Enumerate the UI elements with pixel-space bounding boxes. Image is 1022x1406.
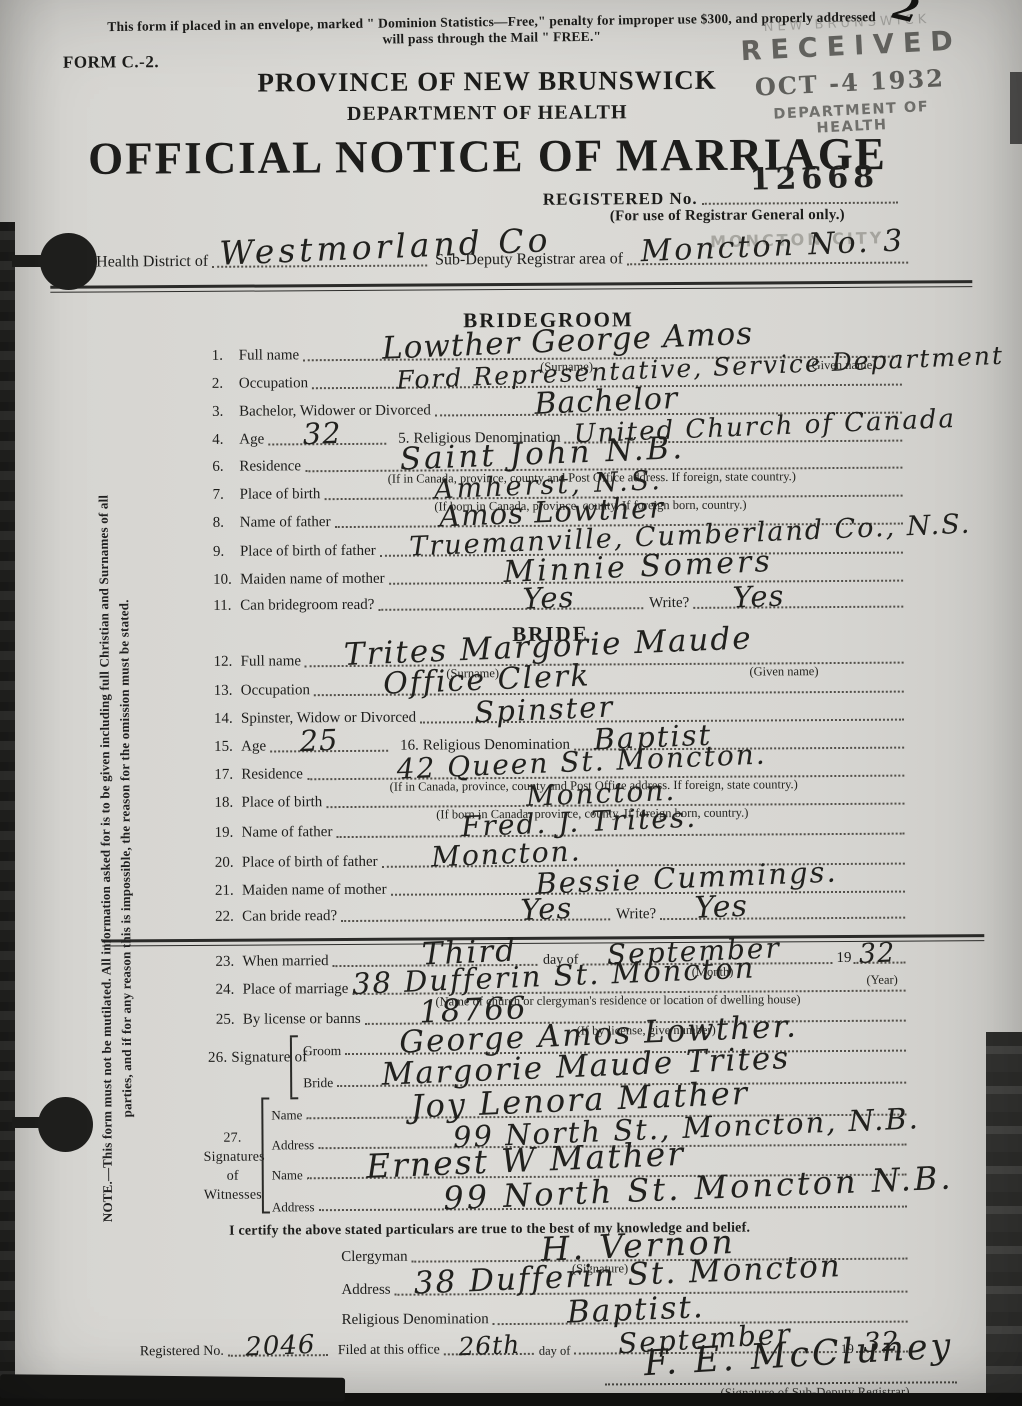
row-number: 18.	[214, 796, 241, 811]
dotted-line: 99 North St. Moncton N.B.	[319, 1206, 907, 1212]
registered-value: 2046	[245, 1332, 316, 1361]
row-label: Name of father	[242, 825, 337, 841]
row-number: 15.	[214, 740, 241, 755]
side-note: NOTE.—This form must not be mutilated. A…	[93, 474, 138, 1242]
health-district-line: Westmorland Co	[212, 265, 427, 268]
filed-day: 26th	[458, 1332, 521, 1360]
dotted-line: 32 (Year)	[853, 962, 905, 964]
sub-deputy-value: Moncton No. 3	[640, 226, 906, 267]
row-number: 21.	[215, 884, 242, 899]
row-label: By license or banns	[243, 1012, 365, 1028]
handwritten-value: 32	[302, 419, 342, 450]
row-number: 19.	[215, 826, 242, 841]
dotted-line: 32	[268, 443, 386, 446]
row-number: 14.	[214, 712, 241, 727]
dotted-line: 2046	[228, 1354, 328, 1357]
scan-right-edge-upper	[1010, 72, 1022, 144]
registered-no-line	[702, 202, 898, 205]
row-label: Place of birth	[241, 795, 326, 811]
row-label: Name of father	[240, 515, 335, 531]
write-label: Write?	[645, 596, 693, 611]
row-bg-read-write: 11. Can bridegroom read? Yes Write? Yes	[213, 592, 905, 614]
witnesses-label-line3: Witnesses	[204, 1186, 262, 1205]
address-label: Address	[272, 1138, 319, 1151]
filed-label: Filed at this office	[330, 1343, 444, 1358]
address-label: Address	[272, 1200, 319, 1213]
row-witness2-address: Address 99 North St. Moncton N.B.	[272, 1192, 909, 1214]
dotted-line: Yes	[660, 917, 905, 920]
dotted-line: Yes	[341, 918, 610, 922]
row-number: 7.	[213, 488, 240, 503]
row-label: Residence	[241, 767, 307, 782]
row-number: 6.	[212, 460, 239, 475]
row-number: 4.	[212, 433, 239, 448]
signature-brace	[290, 1037, 301, 1097]
dotted-line: Yes	[378, 607, 643, 611]
row-number: 22.	[215, 910, 242, 925]
row-label: Place of birth of father	[240, 544, 380, 560]
handwritten-value: Bachelor	[534, 384, 679, 420]
dotted-line: Minnie Somers	[389, 580, 903, 585]
department-heading: DEPARTMENT OF HEALTH	[87, 100, 887, 128]
handwritten-value: Yes	[732, 582, 785, 613]
dotted-line: Bessie Cummings.	[391, 891, 905, 896]
divider-rule-middle	[102, 934, 984, 946]
registered-label: Registered No.	[140, 1345, 228, 1360]
handwritten-value: Yes	[522, 583, 575, 614]
row-denomination: Religious Denomination Baptist.	[342, 1307, 910, 1328]
row-number: 23.	[215, 955, 242, 970]
registered-no-row: REGISTERED No.	[543, 188, 900, 208]
row-number: 12.	[214, 655, 241, 670]
row-label: Place of birth	[240, 487, 325, 503]
province-heading: PROVINCE OF NEW BRUNSWICK	[87, 64, 887, 100]
row-label: Age	[239, 432, 268, 447]
witnesses-label-line1: 27. Signatures	[203, 1130, 261, 1168]
row-label: Full name	[241, 654, 306, 669]
row-label: Can bride read?	[242, 909, 341, 925]
year-prefix: 19	[834, 951, 853, 966]
name-label: Name	[272, 1168, 307, 1181]
row-label: When married	[242, 954, 332, 970]
clergyman-label: Clergyman	[341, 1250, 411, 1265]
denomination-label: Religious Denomination	[342, 1312, 493, 1328]
punch-hole-top	[40, 233, 97, 290]
witnesses-label: 27. Signatures of Witnesses	[203, 1130, 261, 1206]
handwritten-value: 32	[858, 939, 895, 967]
district-row: Health District of Westmorland Co Sub-De…	[96, 246, 910, 271]
handwritten-value: Yes	[520, 894, 573, 925]
handwritten-value: Yes	[694, 892, 749, 924]
registered-no-label: REGISTERED No.	[543, 190, 702, 208]
row-br-read-write: 22. Can bride read? Yes Write? Yes	[215, 903, 907, 925]
document-sheet: This form if placed in an envelope, mark…	[0, 0, 1022, 1406]
scan-bottom-left-blob	[0, 1374, 345, 1402]
row-number: 20.	[215, 856, 242, 871]
divider-rule-top	[50, 280, 972, 293]
row-number: 26.	[208, 1050, 227, 1066]
row-number: 17.	[214, 768, 241, 783]
day-of-label: day of	[536, 1344, 574, 1357]
row-label: Occupation	[241, 683, 314, 698]
row-label: Full name	[239, 348, 304, 363]
row-number: 8.	[213, 516, 240, 531]
punch-hole-bottom	[38, 1097, 93, 1152]
row-label: Maiden name of mother	[242, 883, 391, 899]
witnesses-label-line2: of	[204, 1167, 262, 1186]
scan-right-edge	[986, 1032, 1022, 1406]
row-number: 11.	[213, 599, 240, 614]
row-number: 13.	[214, 684, 241, 699]
sub-deputy-line: Moncton No. 3	[627, 262, 908, 266]
row-label: Maiden name of mother	[240, 572, 389, 588]
scan-left-edge	[0, 222, 15, 1406]
row-number: 10.	[213, 573, 240, 588]
address-label: Address	[341, 1283, 394, 1298]
row-number: 25.	[216, 1013, 243, 1028]
dotted-line: 26th	[444, 1353, 534, 1356]
row-label: Occupation	[239, 376, 312, 391]
row-number: 24.	[216, 983, 243, 998]
dotted-line: Yes	[693, 606, 903, 609]
row-number: 9.	[213, 545, 240, 560]
row-label: Place of marriage	[243, 982, 353, 998]
bride-label: Bride	[303, 1076, 337, 1090]
registrar-only-note: (For use of Registrar General only.)	[610, 207, 845, 225]
row-place-of-marriage: 24. Place of marriage 38 Dufferin St. Mo…	[216, 976, 908, 998]
name-label: Name	[271, 1108, 306, 1121]
row-number: 3.	[212, 405, 239, 420]
write-label: Write?	[612, 907, 660, 922]
row-label: Age	[241, 739, 270, 754]
handwritten-value: 25	[299, 726, 339, 757]
dotted-line: 25	[270, 750, 388, 753]
dotted-line: Fred. J. Trites.	[336, 833, 904, 838]
groom-label: Groom	[303, 1044, 345, 1058]
row-number: 2.	[212, 377, 239, 392]
health-district-label: Health District of	[96, 254, 212, 271]
row-label: Place of birth of father	[242, 855, 382, 871]
row-label: Can bridegroom read?	[240, 598, 378, 614]
row-label: Residence	[239, 459, 305, 474]
row-number: 1.	[212, 349, 239, 364]
